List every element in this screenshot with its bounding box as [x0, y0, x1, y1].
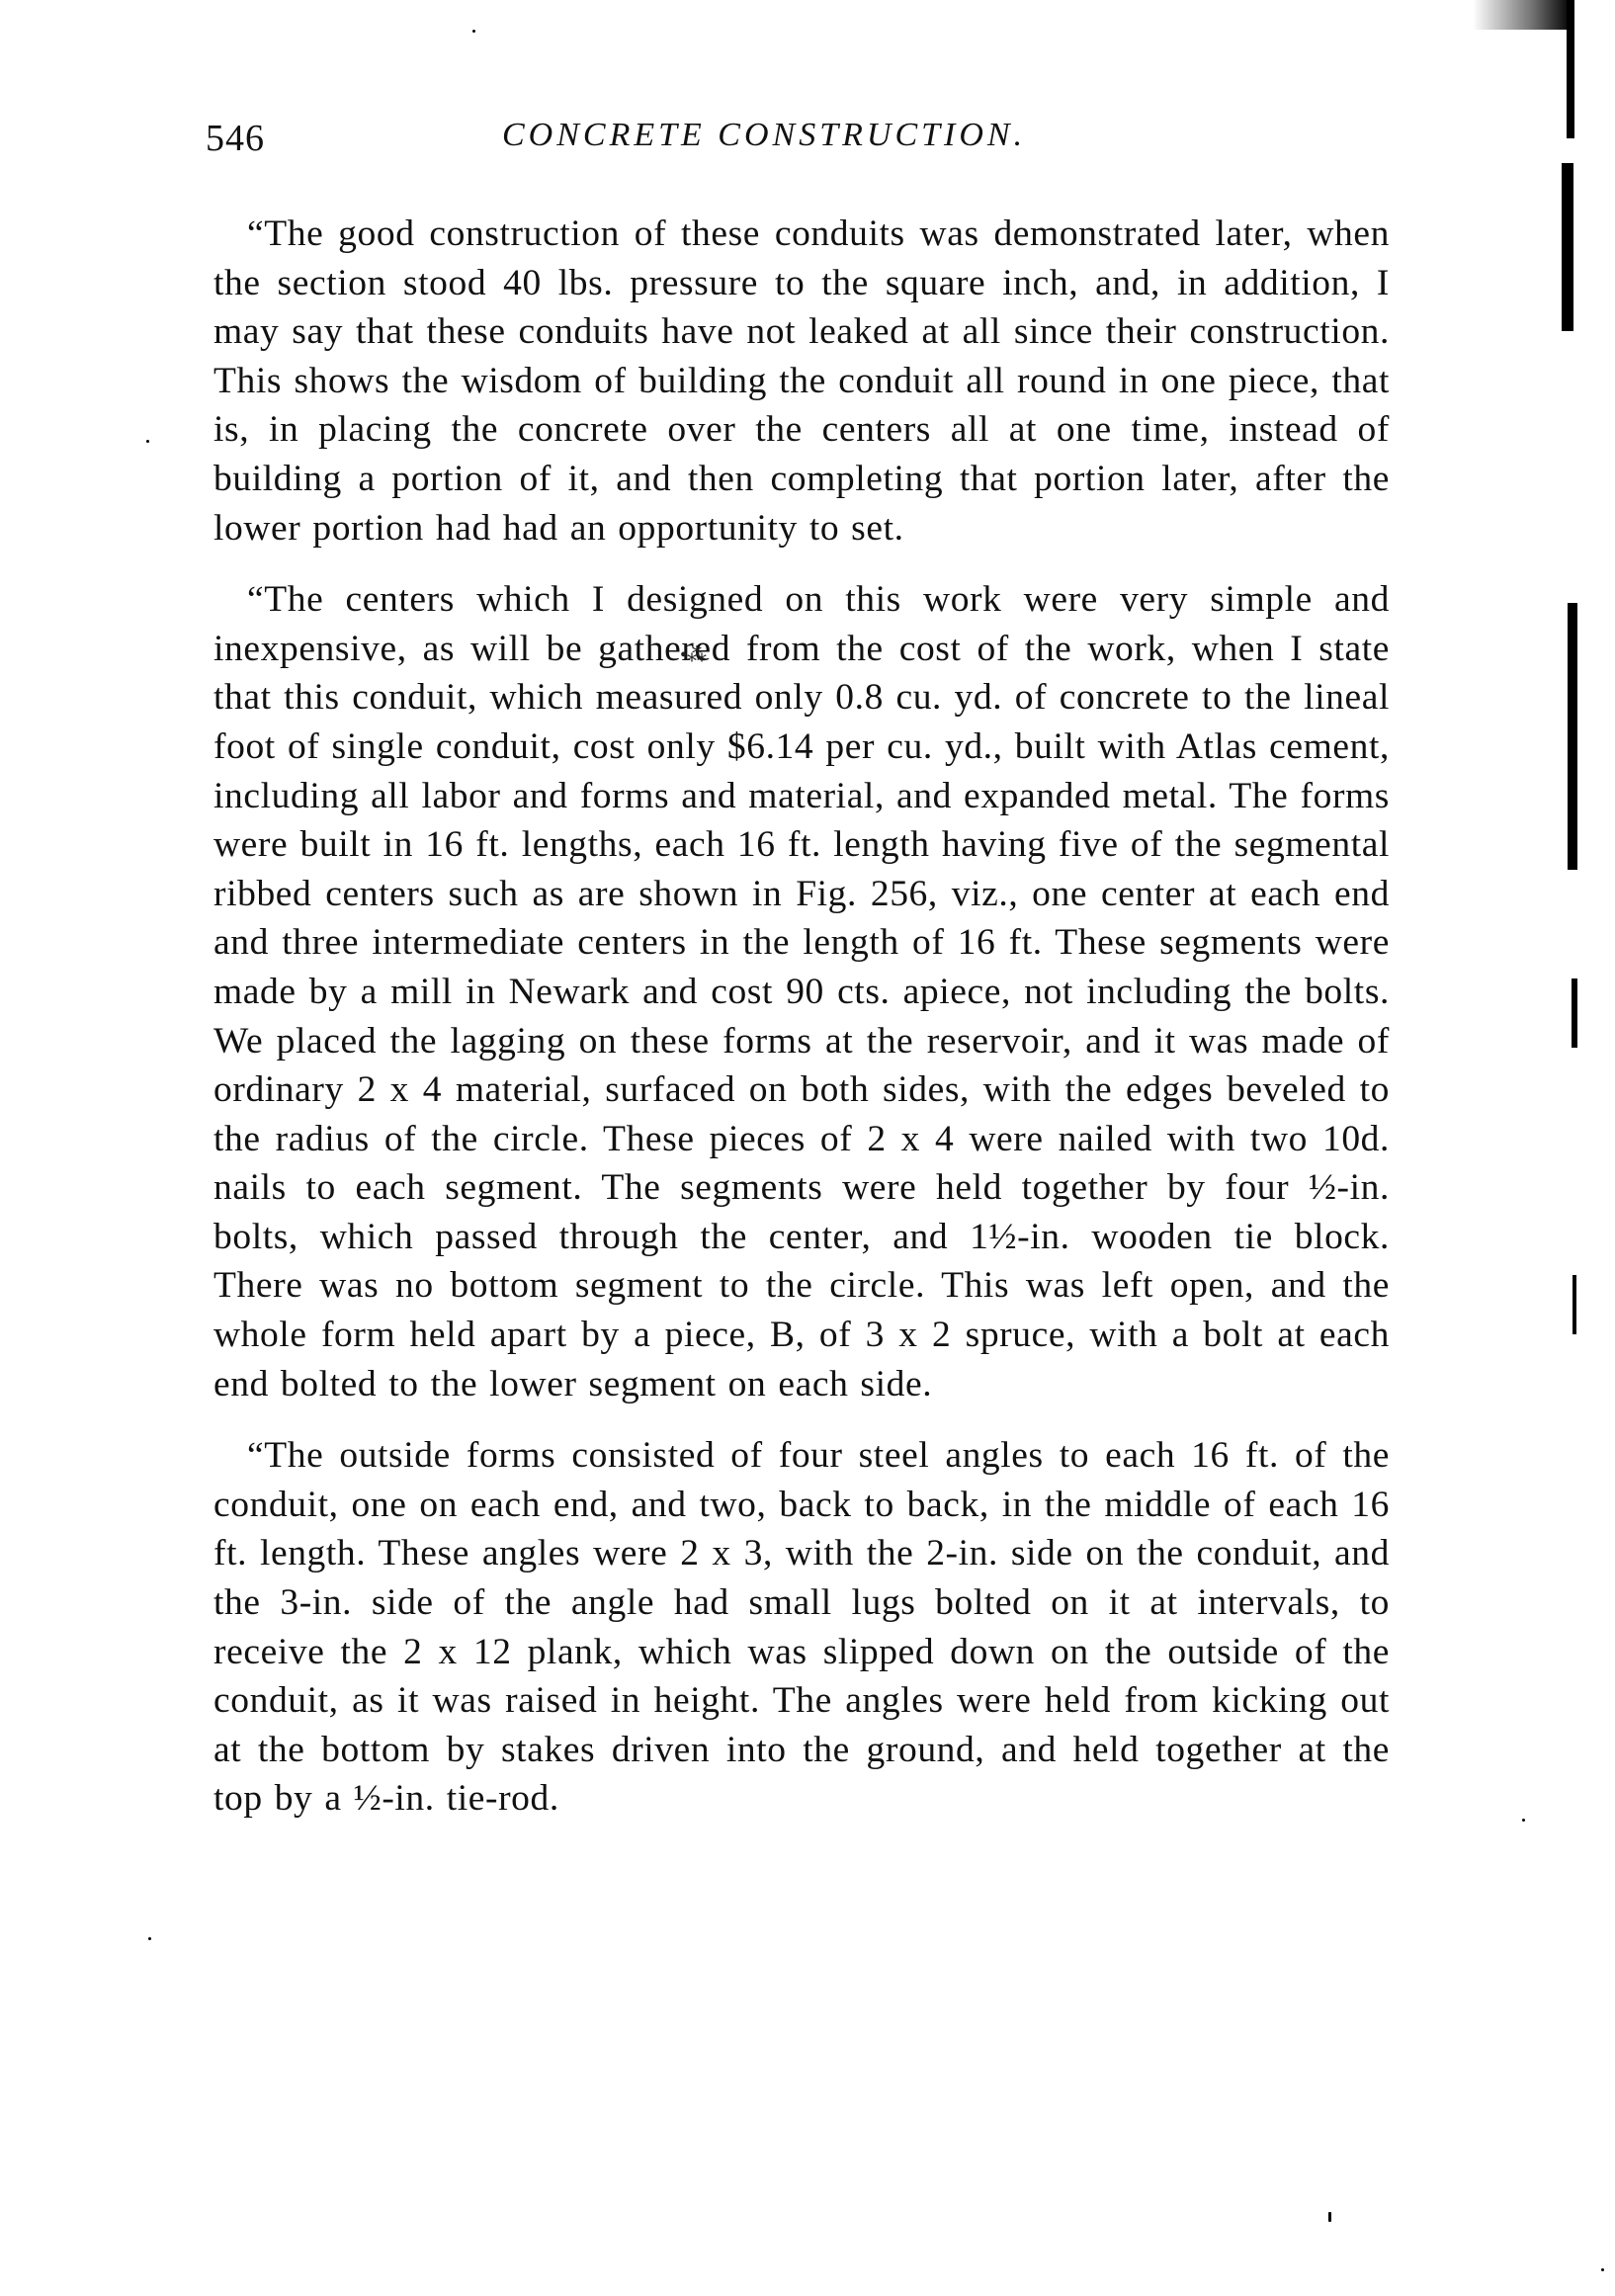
scan-artifact	[1562, 163, 1573, 331]
scan-artifact	[1473, 0, 1572, 30]
scan-artifact	[1568, 603, 1577, 870]
page-number: 546	[206, 117, 265, 160]
scan-speck	[1328, 2212, 1331, 2222]
scan-speck	[148, 1937, 151, 1940]
running-title: CONCRETE CONSTRUCTION.	[502, 117, 1026, 154]
ornament-mark: •⁂	[680, 642, 707, 667]
scan-speck	[1601, 2268, 1604, 2271]
scan-artifact	[1567, 0, 1574, 138]
scan-speck	[472, 30, 475, 33]
scan-artifact	[1572, 1275, 1576, 1334]
scan-artifact	[1572, 978, 1577, 1048]
scan-speck	[1522, 1819, 1525, 1822]
book-page: 546 CONCRETE CONSTRUCTION. “The good con…	[0, 0, 1615, 2296]
paragraph-1: “The good construction of these conduits…	[213, 210, 1390, 553]
running-header: 546 CONCRETE CONSTRUCTION.	[206, 117, 1392, 166]
body-text: “The good construction of these conduits…	[213, 210, 1390, 1824]
paragraph-2: “The centers which I designed on this wo…	[213, 575, 1390, 1408]
paragraph-3: “The outside forms consisted of four ste…	[213, 1431, 1390, 1824]
scan-speck	[146, 440, 149, 443]
